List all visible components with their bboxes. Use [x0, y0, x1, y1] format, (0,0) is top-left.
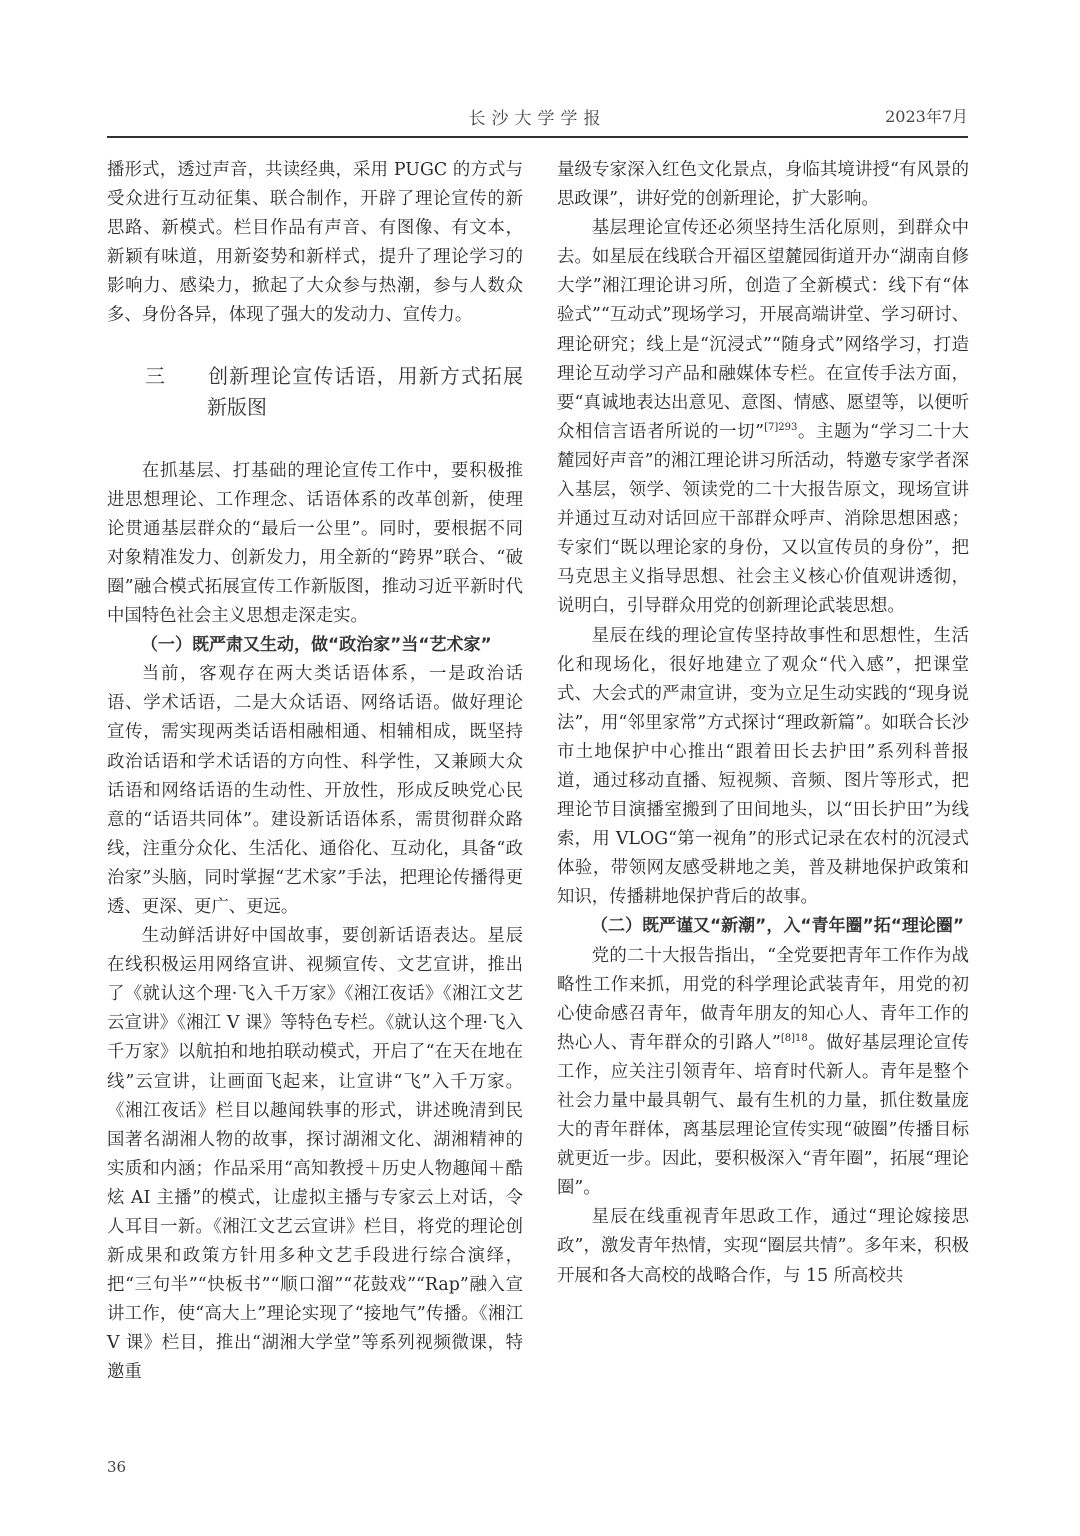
paragraph: 当前，客观存在两大类话语体系，一是政治话语、学术话语，二是大众话语、网络话语。做…: [107, 660, 523, 922]
paragraph: 星辰在线重视青年思政工作，通过“理论嫁接思政”，激发青年热情，实现“圈层共情”。…: [557, 1203, 969, 1290]
paragraph: 基层理论宣传还必须坚持生活化原则，到群众中去。如星辰在线联合开福区望麓园街道开办…: [557, 214, 969, 621]
paragraph: 量级专家深入红色文化景点，身临其境讲授“有风景的思政课”，讲好党的创新理论，扩大…: [557, 156, 969, 214]
subsection-heading: （一）既严肃又生动，做“政治家”当“艺术家”: [107, 631, 523, 660]
paragraph: 在抓基层、打基础的理论宣传工作中，要积极推进思想理论、工作理念、话语体系的改革创…: [107, 457, 523, 632]
subsection-heading: （二）既严谨又“新潮”，入“青年圈”拓“理论圈”: [557, 912, 969, 941]
page-number: 36: [107, 1458, 126, 1476]
paragraph: 生动鲜活讲好中国故事，要创新话语表达。星辰在线积极运用网络宣讲、视频宣传、文艺宣…: [107, 922, 523, 1388]
paragraph: 播形式，透过声音，共读经典，采用 PUGC 的方式与受众进行互动征集、联合制作，…: [107, 156, 523, 331]
right-column: 量级专家深入红色文化景点，身临其境讲授“有风景的思政课”，讲好党的创新理论，扩大…: [557, 156, 969, 1291]
paragraph: 党的二十大报告指出，“全党要把青年工作作为战略性工作来抓，用党的科学理论武装青年…: [557, 942, 969, 1204]
running-header: 长沙大学学报 2023年7月: [107, 100, 968, 138]
section-title: 创新理论宣传话语，用新方式拓展新版图: [207, 364, 523, 419]
citation-superscript: [7]293: [764, 422, 797, 433]
paragraph-text: 。主题为“学习二十大 麓园好声音”的湘江理论讲习所活动，特邀专家学者深入基层，领…: [557, 422, 969, 617]
paragraph: 星辰在线的理论宣传坚持故事性和思想性，生活化和现场化，很好地建立了观众“代入感”…: [557, 622, 969, 913]
left-column: 播形式，透过声音，共读经典，采用 PUGC 的方式与受众进行互动征集、联合制作，…: [107, 156, 523, 1388]
section-heading: 三创新理论宣传话语，用新方式拓展新版图: [107, 361, 523, 423]
journal-title: 长沙大学学报: [107, 104, 968, 129]
issue-date: 2023年7月: [885, 104, 968, 127]
section-number: 三: [107, 361, 207, 392]
paragraph-text: 。做好基层理论宣传工作，应关注引领青年、培育时代新人。青年是整个社会力量中最具朝…: [557, 1033, 969, 1198]
citation-superscript: [8]18: [781, 1033, 808, 1044]
paragraph-text: 基层理论宣传还必须坚持生活化原则，到群众中去。如星辰在线联合开福区望麓园街道开办…: [557, 218, 969, 442]
